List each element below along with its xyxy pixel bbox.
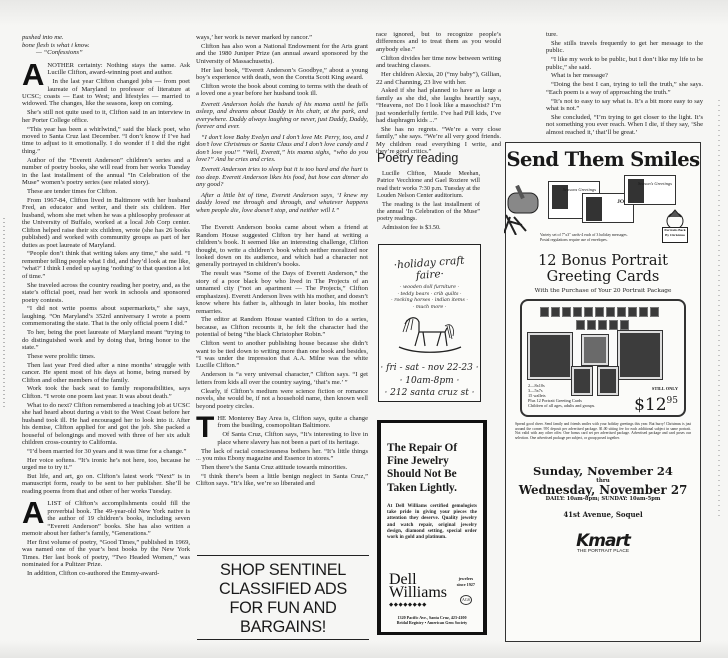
- paragraph: “I did not write poems about supermarket…: [22, 305, 190, 327]
- paragraph: “It’s not to easy to say what is. It’s a…: [546, 98, 703, 113]
- poem-excerpt: [22, 27, 190, 34]
- dell-williams-logo: Dell Williams: [389, 573, 447, 599]
- headline-line: The Repair Of: [387, 442, 477, 455]
- paragraph: Of Santa Cruz, Clifton says, “It’s inter…: [196, 431, 368, 446]
- drop-cap: A: [22, 501, 44, 525]
- book-excerpt: Everett Anderson holds the hands of his …: [196, 101, 368, 131]
- kmart-portrait-ad: Send Them Smiles Seasons Greetings JOY! …: [505, 142, 701, 642]
- ad-line: BARGAINS!: [197, 618, 369, 637]
- drop-cap: T: [196, 416, 214, 439]
- poetry-reading-headline: Poetry reading: [377, 151, 458, 165]
- diamond-row-icon: ◆◆◆◆◆◆◆◆: [389, 602, 427, 608]
- headline-line: Greeting Cards: [506, 269, 700, 285]
- paragraph: Anderson is “a very universal character,…: [196, 371, 368, 386]
- price-dollars: $12: [634, 395, 666, 415]
- bonus-cards-headline: 12 Bonus Portrait Greeting Cards: [506, 253, 700, 285]
- portrait-place-tagline: THE PORTRAIT PLACE: [506, 549, 700, 554]
- paragraph: These were prolific times.: [22, 353, 190, 360]
- item-list: · wooden doll furniture · · teddy bears …: [379, 285, 480, 311]
- paragraph: These are tender times for Clifton.: [22, 188, 190, 195]
- portrait-8x10: [528, 333, 572, 379]
- gem-society-seal-icon: AGS: [460, 595, 472, 605]
- end-date: Wednesday, November 27: [506, 484, 700, 496]
- registry-line: Bridal Registry • American Gem Society: [387, 620, 477, 625]
- paragraph: Then there’s the Santa Cruz attitude tow…: [196, 464, 368, 471]
- mailbox-icon: [504, 185, 544, 235]
- paragraph: “This year has been a whirlwind,” said t…: [22, 126, 190, 156]
- event-details: · fri - sat - nov 22-23 · · 10am-8pm · ·…: [379, 362, 480, 400]
- lead-paragraph: ANOTHER certainty: Nothing stays the sam…: [22, 62, 190, 77]
- paragraph: “People don’t think that writing takes a…: [22, 250, 190, 280]
- paragraph: From 1967-84, Clifton lived in Baltimore…: [22, 197, 190, 249]
- newspaper-page: pushed into me. bone flesh is what i kno…: [0, 0, 728, 658]
- lead-text: LIST of Clifton’s accomplishments could …: [22, 500, 190, 537]
- lead-text: HE Monterey Bay Area is, Clifton says, q…: [217, 415, 368, 429]
- ad-headline: Send Them Smiles: [506, 148, 700, 171]
- store-address: 1320 Pacific Ave., Santa Cruz, 423-4100 …: [387, 615, 477, 625]
- article-column-4: ture. She stills travels frequently to g…: [546, 31, 703, 138]
- holiday-craft-faire-ad: ·holiday craft faire· · wooden doll furn…: [378, 244, 481, 402]
- paragraph: race ignored, but to recognize people’s …: [376, 31, 501, 53]
- perforation-right: [718, 100, 720, 520]
- rocking-horse-illustration: [395, 314, 465, 356]
- paragraph: Her first volume of poetry, “Good Times,…: [22, 539, 190, 569]
- paragraph: Work took the back seat to family respon…: [22, 385, 190, 400]
- book-excerpt: After a little bit of time, Everett Ande…: [196, 192, 368, 214]
- price: $1295: [634, 392, 678, 415]
- paragraph: Then last year Fred died after a nine mo…: [22, 362, 190, 384]
- small-photos: [576, 320, 629, 330]
- package-contents: 2—8x10s 3—5x7s 15 wallets Plus 12 Portra…: [528, 383, 595, 408]
- item: · much more ·: [379, 305, 480, 312]
- section-lead-paragraph: THE Monterey Bay Area is, Clifton says, …: [196, 415, 368, 430]
- ad-line: SHOP SENTINEL: [197, 561, 369, 580]
- paragraph: The reading is the last installment of t…: [377, 201, 480, 223]
- ad-line: CLASSIFIED ADS: [197, 580, 369, 599]
- paragraph: Clearly, if Clifton’s medium were scienc…: [196, 388, 368, 410]
- paragraph: ways,’ her work is never marked by ranco…: [196, 34, 368, 41]
- paragraph: ture.: [546, 31, 703, 38]
- logo-line: Williams: [389, 586, 447, 599]
- article-column-3: race ignored, but to recognize people’s …: [376, 31, 501, 157]
- portraits-back-by-christmas-badge: Portraits Back By Christmas: [662, 209, 688, 243]
- paragraph: “I’d been married for 30 years and it wa…: [22, 448, 190, 455]
- lead-text: NOTHER certainty: Nothing stays the same…: [47, 62, 190, 76]
- greeting-cards-illustration: Seasons Greetings JOY! Season's Greeting…: [506, 171, 700, 249]
- dell-williams-jewelry-ad: The Repair Of Fine Jewelry Should Not Be…: [377, 420, 487, 635]
- portrait-package-box: 2—8x10s 3—5x7s 15 wallets Plus 12 Portra…: [520, 299, 686, 417]
- poem-line: pushed into me.: [22, 34, 190, 42]
- headline-line: 12 Bonus Portrait: [506, 253, 700, 269]
- paragraph: The result was “Some of the Days of Ever…: [196, 270, 368, 315]
- ad-body: At Dell Williams certified gemologists t…: [387, 504, 477, 542]
- portrait-photo: [586, 197, 602, 221]
- poem-line: bone flesh is what i know.: [22, 42, 190, 50]
- paragraph: Her voice softens. “It’s ironic he’s not…: [22, 457, 190, 472]
- drop-cap: A: [22, 63, 44, 87]
- paragraph: Author of the “Everett Anderson” childre…: [22, 157, 190, 187]
- package-item: Children of all ages, adults and groups.: [528, 403, 595, 408]
- kmart-logo: Kmart: [506, 533, 700, 549]
- headline-line: Should Not Be: [387, 468, 477, 481]
- paragraph: Admission fee is $3.50.: [377, 224, 480, 231]
- paragraph: She’s still not quite used to it, Clifto…: [22, 109, 190, 124]
- since-line: since 1927: [457, 582, 475, 588]
- portrait-8x10: [618, 331, 662, 379]
- still-only-label: STILL ONLY: [652, 386, 678, 391]
- scan-shadow-top: [0, 0, 728, 26]
- fine-print: Spread good cheer. Send family and frien…: [506, 417, 700, 440]
- since-label: jewelers since 1927: [457, 576, 475, 587]
- paragraph: The editor at Random House wanted Clifto…: [196, 316, 368, 338]
- book-excerpt: Everett Anderson tries to sleep but it i…: [196, 166, 368, 188]
- paragraph: Clifton wrote the book about coming to t…: [196, 83, 368, 98]
- paragraph: In addition, Clifton co-authored the Emm…: [22, 570, 190, 577]
- paragraph: “Doing the best I can, trying to tell th…: [546, 81, 703, 96]
- sentinel-classified-ad: SHOP SENTINEL CLASSIFIED ADS FOR FUN AND…: [197, 555, 369, 640]
- paragraph: She stills travels frequently to get her…: [546, 40, 703, 55]
- poetry-reading-story: Lucille Clifton, Maude Meehan, Patrice V…: [377, 170, 480, 233]
- article-column-1: pushed into me. bone flesh is what i kno…: [22, 27, 190, 579]
- paragraph: She traveled across the country reading …: [22, 282, 190, 304]
- paragraph: What to do next? Clifton remembered a te…: [22, 402, 190, 447]
- paragraph: The Everett Anderson books came about wh…: [196, 224, 368, 269]
- ad-title: ·holiday craft faire·: [378, 254, 480, 285]
- paragraph: In the last year Clifton changed jobs — …: [22, 78, 190, 108]
- card-message: Season's Greetings: [638, 181, 672, 186]
- ad-headline: The Repair Of Fine Jewelry Should Not Be…: [387, 442, 477, 495]
- portrait-5x7: [598, 367, 618, 395]
- variety-note: Variety set of 7"x3" cards-4 each of 3 h…: [540, 233, 628, 243]
- paragraph: Clifton went to another publishing house…: [196, 340, 368, 370]
- book-excerpt: “I don’t love Baby Evelyn and I don’t lo…: [196, 134, 368, 164]
- event-address: · 212 santa cruz st ·: [379, 387, 480, 400]
- since-line: jewelers: [457, 576, 475, 582]
- headline-line: Fine Jewelry: [387, 455, 477, 468]
- scan-shadow-bottom: [0, 640, 728, 658]
- paragraph: “I like my work to be public, but I don’…: [546, 56, 703, 71]
- paragraph: “I think there’s been a little benign ne…: [196, 473, 368, 488]
- santa-icon: [662, 209, 688, 229]
- paragraph: Asked if she had planned to have as larg…: [376, 87, 501, 124]
- store-location: 41st Avenue, Soquel: [506, 510, 700, 519]
- greeting-card: Season's Greetings: [624, 175, 676, 205]
- paragraph: But life, and art, go on. Clifton’s late…: [22, 473, 190, 495]
- paragraph: Clifton has also won a National Endowmen…: [196, 43, 368, 65]
- item: · rocking horses · indian items ·: [379, 298, 480, 305]
- paragraph: The lack of racial consciousness bothers…: [196, 448, 368, 463]
- section-lead-paragraph: ALIST of Clifton’s accomplishments could…: [22, 500, 190, 537]
- paragraph: Her children Alexia, 20 (“my baby”), Gil…: [376, 71, 501, 86]
- paragraph: She concluded, “I’m trying to get closer…: [546, 114, 703, 136]
- event-dates: · fri - sat - nov 22-23 ·: [379, 362, 480, 375]
- article-column-2: ways,’ her work is never marked by ranco…: [196, 34, 368, 489]
- event-hours: · 10am-8pm ·: [379, 375, 480, 388]
- poem-excerpt: pushed into me. bone flesh is what i kno…: [22, 34, 190, 57]
- purchase-requirement: With the Purchase of Your 20 Portrait Pa…: [506, 288, 700, 294]
- paragraph: Her last book, “Everett Anderson’s Goodb…: [196, 67, 368, 82]
- poem-attribution: — “Confessions”: [22, 49, 190, 57]
- paragraph: Lucille Clifton, Maude Meehan, Patrice V…: [377, 170, 480, 199]
- wallet-photos: [540, 307, 659, 317]
- price-cents: 95: [667, 396, 678, 406]
- paragraph: Clifton divides her time now between wri…: [376, 55, 501, 70]
- perforation-left: [3, 218, 5, 408]
- paragraph: What is her message?: [546, 72, 703, 79]
- portrait-5x7: [582, 335, 608, 365]
- headline-line: Taken Lightly.: [387, 482, 477, 495]
- paragraph: To her, being the poet laureate of Maryl…: [22, 329, 190, 351]
- note-line: Postal regulations require use of envelo…: [540, 238, 628, 243]
- card-message: Seasons Greetings: [563, 187, 596, 192]
- ad-line: FOR FUN AND: [197, 599, 369, 618]
- store-hours: DAILY: 10am-8pm; SUNDAY: 10am-5pm: [506, 496, 700, 502]
- start-date: Sunday, November 24: [506, 464, 700, 478]
- badge-text: Portraits Back By Christmas: [662, 227, 688, 243]
